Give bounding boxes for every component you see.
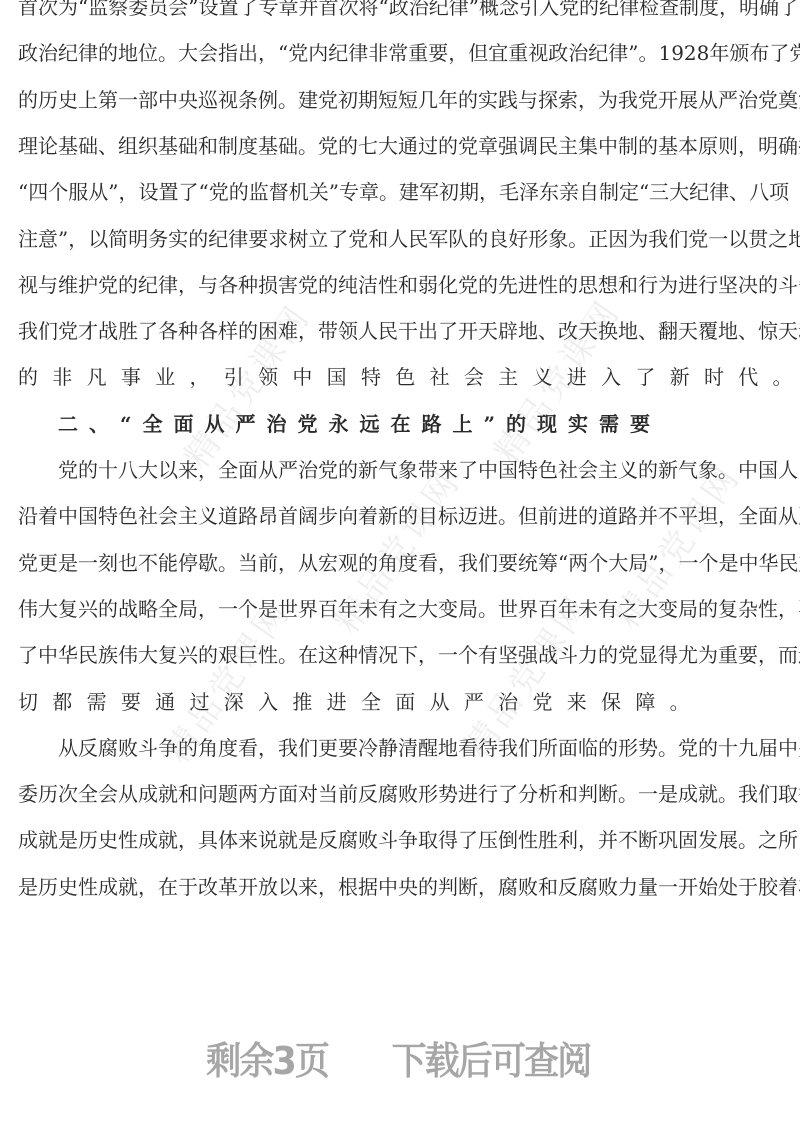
text-line: 沿着中国特色社会主义道路昂首阔步向着新的目标迈进。但前进的道路并不平坦，全面从严… (18, 501, 775, 531)
text-line: 我们党才战胜了各种各样的困难，带领人民干出了开天辟地、改天换地、翻天覆地、惊天动… (18, 316, 775, 346)
text-line: “四个服从”，设置了“党的监督机关”专章。建军初期，毛泽东亲自制定“三大纪律、八… (18, 177, 775, 207)
text-line: 视与维护党的纪律，与各种损害党的纯洁性和弱化党的先进性的思想和行为进行坚决的斗争… (18, 270, 775, 300)
text-line: 了中华民族伟大复兴的艰巨性。在这种情况下，一个有坚强战斗力的党显得尤为重要，而这… (18, 640, 775, 670)
text-line: 党更是一刻也不能停歇。当前，从宏观的角度看，我们要统筹“两个大局”，一个是中华民… (18, 548, 775, 578)
section-heading: 二、“全面从严治党永远在路上”的现实需要 (58, 409, 650, 439)
text-line: 委历次全会从成就和问题两方面对当前反腐败形势进行了分析和判断。一是成就。我们取得… (18, 779, 775, 809)
text-line: 切都需要通过深入推进全面从严治党来保障。 (18, 687, 775, 717)
text-line: 首次为“监察委员会”设置了专章并首次将“政治纪律”概念引入党的纪律检查制度，明确… (18, 0, 775, 22)
download-banner[interactable]: 剩余3页 下载后可查阅 (0, 1034, 800, 1080)
text-line: 政治纪律的地位。大会指出，“党内纪律非常重要，但宜重视政治纪律”。1928年颁布… (18, 38, 775, 68)
text-line: 伟大复兴的战略全局，一个是世界百年未有之大变局。世界百年未有之大变局的复杂性，决… (18, 594, 775, 624)
text-line: 的非凡事业，引领中国特色社会主义进入了新时代。 (18, 362, 775, 392)
text-line: 从反腐败斗争的角度看，我们更要冷静清醒地看待我们所面临的形势。党的十九届中央纪 (58, 733, 775, 763)
text-line: 成就是历史性成就，具体来说就是反腐败斗争取得了压倒性胜利，并不断巩固发展。之所以… (18, 825, 775, 855)
text-line: 理论基础、组织基础和制度基础。党的七大通过的党章强调民主集中制的基本原则，明确提… (18, 131, 775, 161)
download-to-view-label: 下载后可查阅 (392, 1030, 591, 1085)
document-page: 首次为“监察委员会”设置了专章并首次将“政治纪律”概念引入党的纪律检查制度，明确… (0, 0, 800, 1136)
remaining-pages-label: 剩余3页 (206, 1030, 328, 1085)
text-line: 党的十八大以来，全面从严治党的新气象带来了中国特色社会主义的新气象。中国人民正 (58, 455, 775, 485)
text-line: 的历史上第一部中央巡视条例。建党初期短短几年的实践与探索，为我党开展从严治党奠定… (18, 85, 775, 115)
text-line: 注意”，以简明务实的纪律要求树立了党和人民军队的良好形象。正因为我们党一以贯之地… (18, 224, 775, 254)
text-line: 是历史性成就，在于改革开放以来，根据中央的判断，腐败和反腐败力量一开始处于胶着状… (18, 872, 775, 902)
